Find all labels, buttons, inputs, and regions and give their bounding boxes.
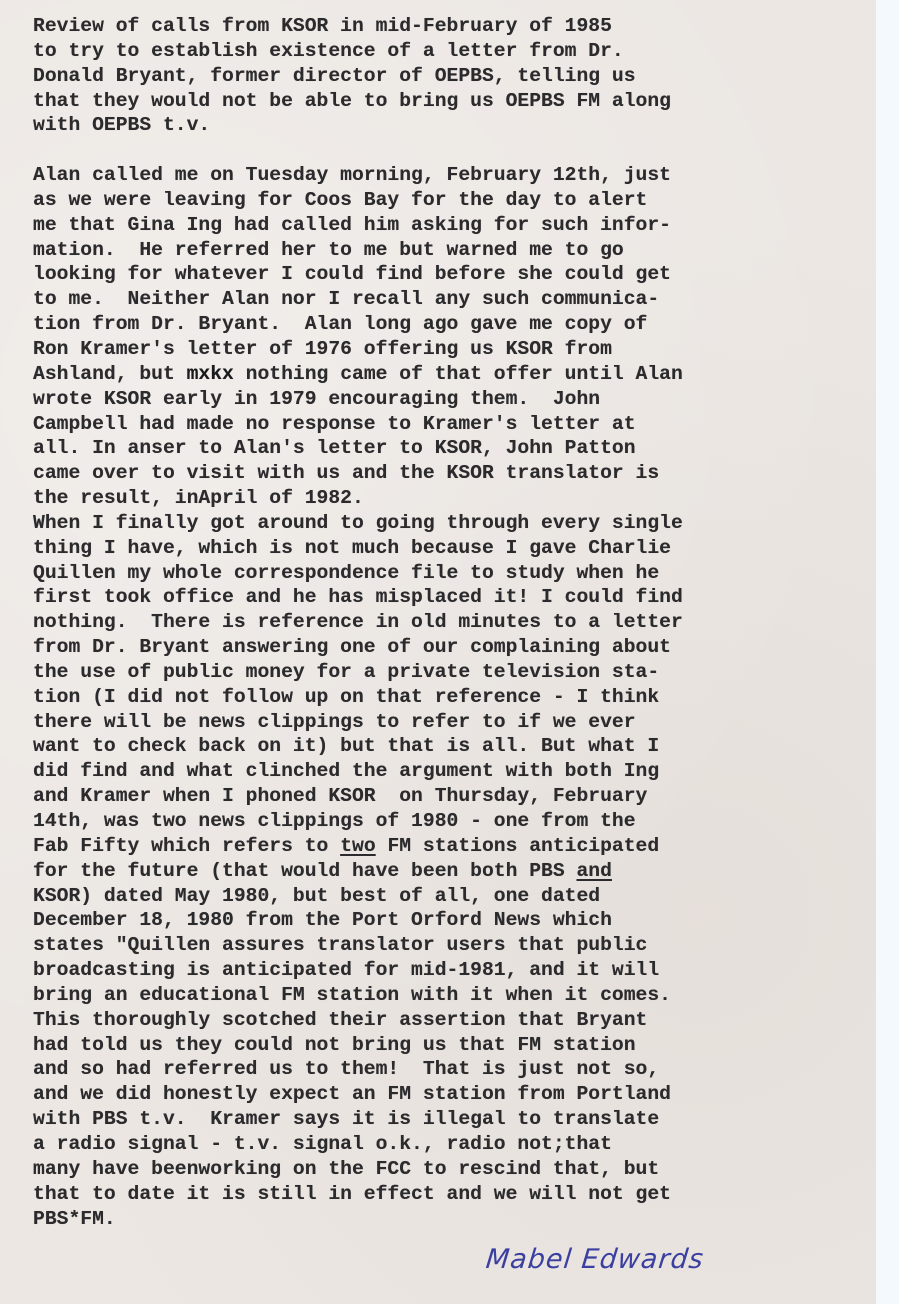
text-line: the result, inApril of 1982. bbox=[33, 486, 683, 511]
handwritten-signature: Mabel Edwards bbox=[484, 1244, 705, 1275]
text-line: Fab Fifty which refers to two FM station… bbox=[33, 834, 683, 859]
text-line: all. In anser to Alan's letter to KSOR, … bbox=[33, 436, 683, 461]
text-line: with PBS t.v. Kramer says it is illegal … bbox=[33, 1107, 683, 1132]
text-line: nothing. There is reference in old minut… bbox=[33, 610, 683, 635]
typewritten-letter: Review of calls from KSOR in mid-Februar… bbox=[33, 14, 683, 1231]
text-line: came over to visit with us and the KSOR … bbox=[33, 461, 683, 486]
document-page: Review of calls from KSOR in mid-Februar… bbox=[0, 0, 876, 1304]
text-line: broadcasting is anticipated for mid-1981… bbox=[33, 958, 683, 983]
text-line: Ron Kramer's letter of 1976 offering us … bbox=[33, 337, 683, 362]
text-line: for the future (that would have been bot… bbox=[33, 859, 683, 884]
text-line: from Dr. Bryant answering one of our com… bbox=[33, 635, 683, 660]
text-line: KSOR) dated May 1980, but best of all, o… bbox=[33, 884, 683, 909]
text-line: wrote KSOR early in 1979 encouraging the… bbox=[33, 387, 683, 412]
text-line: to me. Neither Alan nor I recall any suc… bbox=[33, 287, 683, 312]
text-line: This thoroughly scotched their assertion… bbox=[33, 1008, 683, 1033]
text-line: December 18, 1980 from the Port Orford N… bbox=[33, 908, 683, 933]
text-line: as we were leaving for Coos Bay for the … bbox=[33, 188, 683, 213]
text-line: Review of calls from KSOR in mid-Februar… bbox=[33, 14, 683, 39]
text-line: tion from Dr. Bryant. Alan long ago gave… bbox=[33, 312, 683, 337]
text-line: there will be news clippings to refer to… bbox=[33, 710, 683, 735]
text-line: did find and what clinched the argument … bbox=[33, 759, 683, 784]
text-line: Donald Bryant, former director of OEPBS,… bbox=[33, 64, 683, 89]
text-line: Campbell had made no response to Kramer'… bbox=[33, 412, 683, 437]
text-line: to try to establish existence of a lette… bbox=[33, 39, 683, 64]
text-line: Alan called me on Tuesday morning, Febru… bbox=[33, 163, 683, 188]
text-line: and we did honestly expect an FM station… bbox=[33, 1082, 683, 1107]
text-line: 14th, was two news clippings of 1980 - o… bbox=[33, 809, 683, 834]
text-line: that to date it is still in effect and w… bbox=[33, 1182, 683, 1207]
text-line: first took office and he has misplaced i… bbox=[33, 585, 683, 610]
text-line: want to check back on it) but that is al… bbox=[33, 734, 683, 759]
text-line: me that Gina Ing had called him asking f… bbox=[33, 213, 683, 238]
text-line: states "Quillen assures translator users… bbox=[33, 933, 683, 958]
text-line: tion (I did not follow up on that refere… bbox=[33, 685, 683, 710]
text-line: the use of public money for a private te… bbox=[33, 660, 683, 685]
text-line: mation. He referred her to me but warned… bbox=[33, 238, 683, 263]
text-line: a radio signal - t.v. signal o.k., radio… bbox=[33, 1132, 683, 1157]
text-line: thing I have, which is not much because … bbox=[33, 536, 683, 561]
text-line: bring an educational FM station with it … bbox=[33, 983, 683, 1008]
text-line: Ashland, but mxkx nothing came of that o… bbox=[33, 362, 683, 387]
text-line: that they would not be able to bring us … bbox=[33, 89, 683, 114]
text-line: Quillen my whole correspondence file to … bbox=[33, 561, 683, 586]
text-line: had told us they could not bring us that… bbox=[33, 1033, 683, 1058]
scan-margin-strip bbox=[876, 0, 899, 1304]
paragraph-gap bbox=[33, 138, 683, 163]
text-line: with OEPBS t.v. bbox=[33, 113, 683, 138]
text-line: many have beenworking on the FCC to resc… bbox=[33, 1157, 683, 1182]
text-line: When I finally got around to going throu… bbox=[33, 511, 683, 536]
text-line: and Kramer when I phoned KSOR on Thursda… bbox=[33, 784, 683, 809]
text-line: looking for whatever I could find before… bbox=[33, 262, 683, 287]
text-line: PBS*FM. bbox=[33, 1207, 683, 1232]
text-line: and so had referred us to them! That is … bbox=[33, 1057, 683, 1082]
